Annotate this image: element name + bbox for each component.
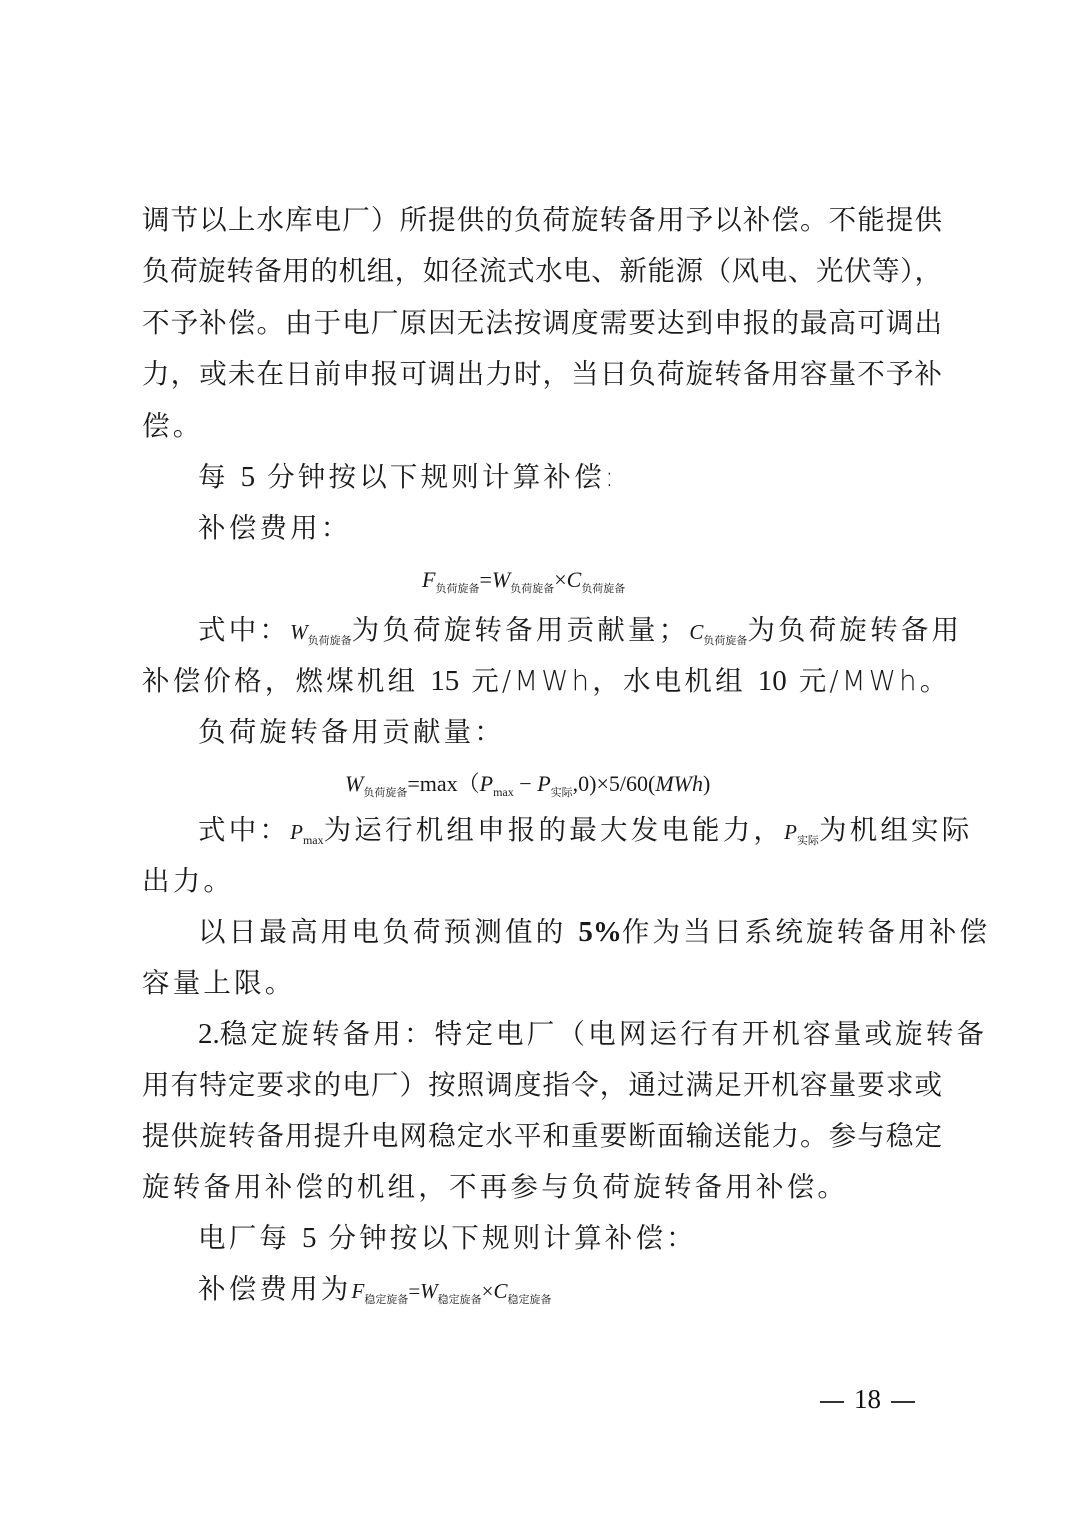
formula-contribution: W负荷旋备=max（Pmax − P实际,0)×5/60(MWh) [345,764,710,804]
paragraph-line: 旋转备用补偿的机组，不再参与负荷旋转备用补偿。 [142,1162,942,1213]
paragraph-line: 不予补偿。由于电厂原因无法按调度需要达到申报的最高可调出 [142,298,942,349]
cap-percent: 5% [578,916,622,948]
formula-stable-fee: 补偿费用为F稳定旋备=W稳定旋备×C稳定旋备 [198,1264,942,1315]
formula-explanation: 式中：Pmax为运行机组申报的最大发电能力，P实际为机组实际 [198,805,942,856]
section-heading: 负荷旋转备用贡献量： [198,707,942,758]
rule-text: 电厂每 5 分钟按以下规则计算补偿： [198,1213,942,1264]
document-page: 调节以上水库电厂）所提供的负荷旋转备用予以补偿。不能提供 负荷旋转备用的机组，如… [0,0,1080,1527]
paragraph-line: 负荷旋转备用的机组，如径流式水电、新能源（风电、光伏等）， [142,246,942,297]
dash-decoration [820,1401,844,1403]
section-number: 2. [198,1018,220,1050]
paragraph-line: 力，或未在日前申报可调出力时，当日负荷旋转备用容量不予补 [142,349,942,400]
rule-text: 每 5 分钟按以下规则计算补偿: [198,452,942,503]
dash-decoration [891,1401,915,1403]
formula-explanation: 补偿价格，燃煤机组 15 元/MWh，水电机组 10 元/MWh。 [142,656,942,707]
formula-fee: F负荷旋备=W负荷旋备×C负荷旋备 [422,560,625,600]
formula-explanation: 式中：W负荷旋备为负荷旋转备用贡献量；C负荷旋备为负荷旋转备用 [198,605,942,656]
interval-minutes: 5 [302,1222,317,1254]
formula-explanation: 出力。 [142,856,942,907]
section-heading: 补偿费用： [198,503,942,554]
coal-price: 15 [430,665,459,697]
paragraph-line: 调节以上水库电厂）所提供的负荷旋转备用予以补偿。不能提供 [142,195,942,246]
paragraph-line: 提供旋转备用提升电网稳定水平和重要断面输送能力。参与稳定 [142,1111,942,1162]
page-number: 18 [810,1384,925,1415]
interval-minutes: 5 [241,461,256,493]
hydro-price: 10 [758,665,787,697]
cap-text: 以日最高用电负荷预测值的 5%作为当日系统旋转备用补偿 [198,907,942,958]
cap-text: 容量上限。 [142,958,942,1009]
paragraph-line: 偿。 [142,401,942,452]
paragraph-line: 用有特定要求的电厂）按照调度指令，通过满足开机容量要求或 [142,1060,942,1111]
section-2-heading: 2.稳定旋转备用：特定电厂（电网运行有开机容量或旋转备 [198,1009,942,1060]
